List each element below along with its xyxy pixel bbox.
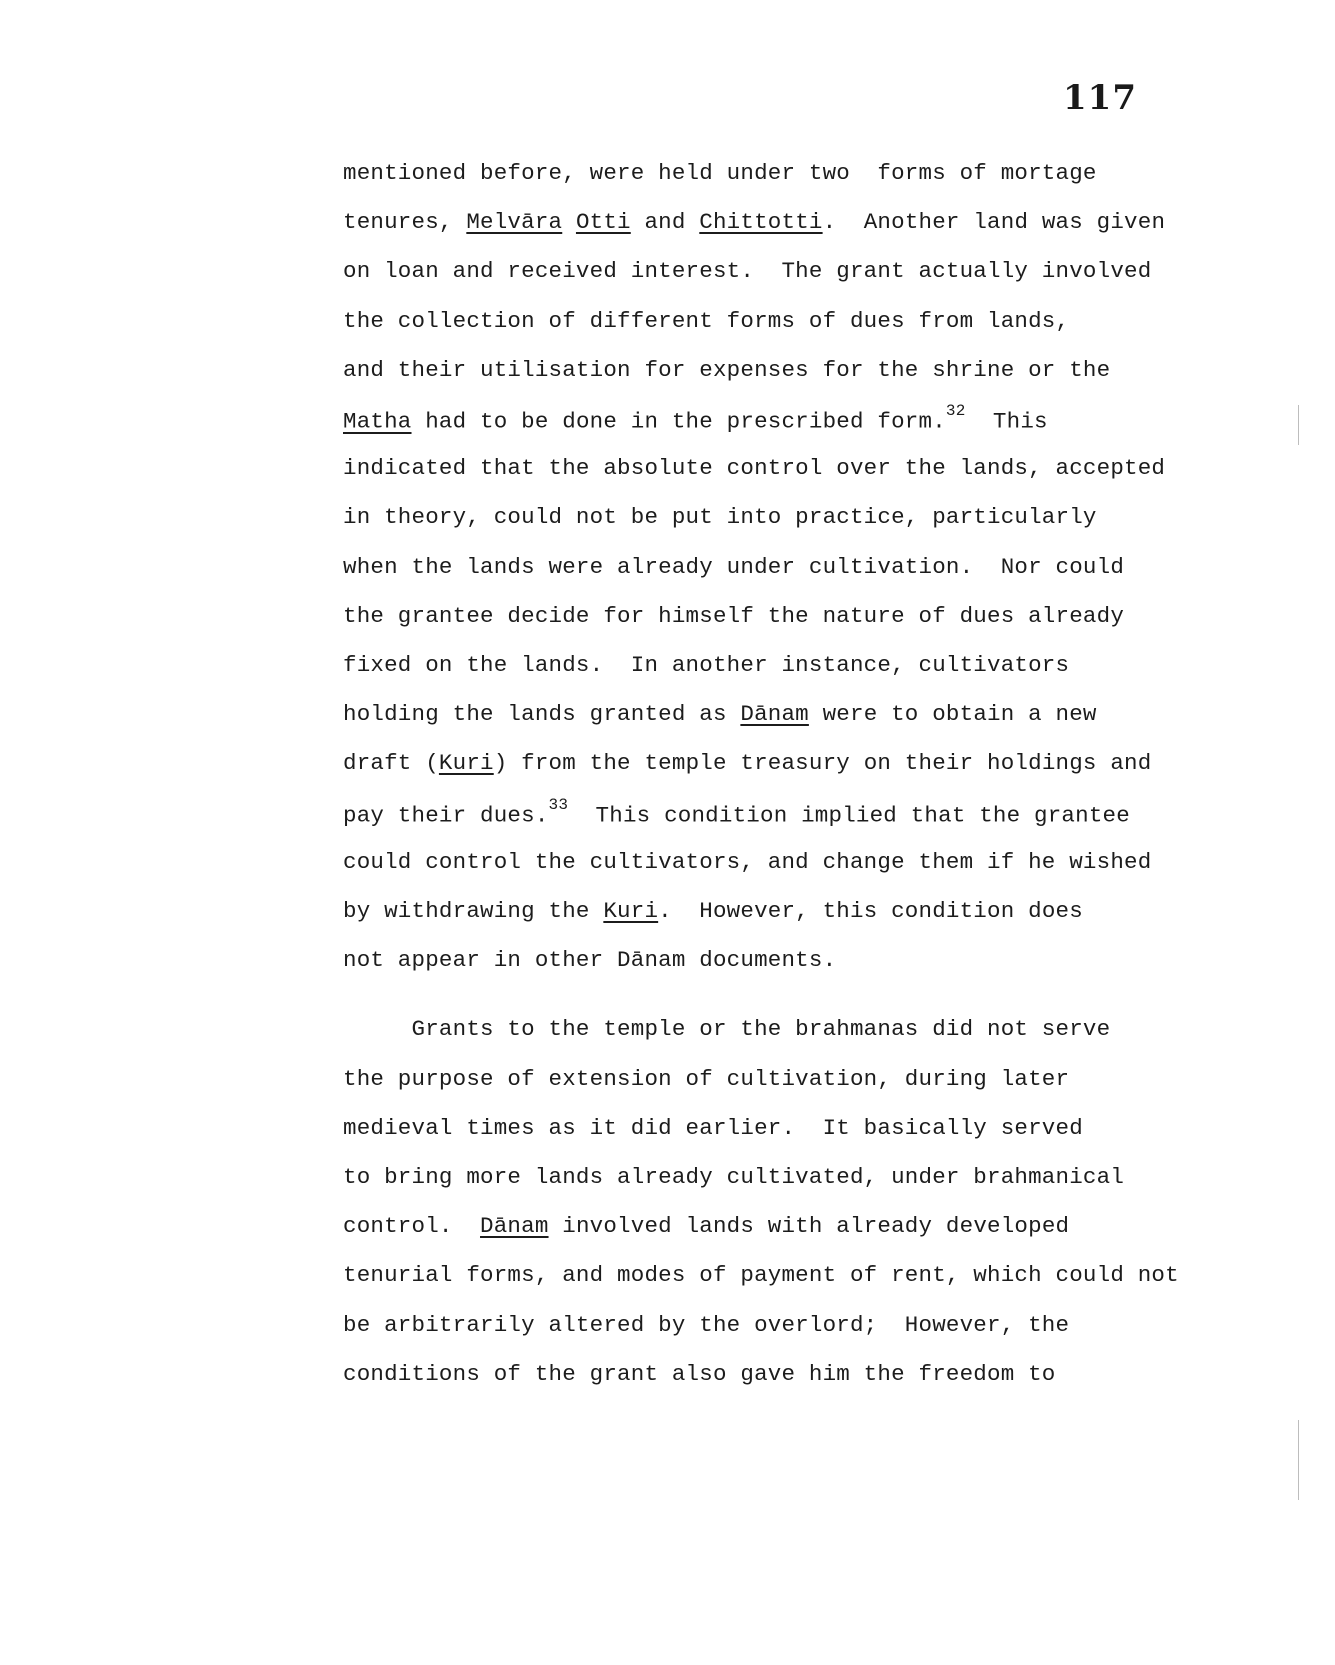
text-run: involved lands with already developed: [549, 1213, 1070, 1239]
text-run: the collection of different forms of due…: [343, 308, 1069, 334]
text-run: draft (: [343, 750, 439, 776]
text-line: control. Dānam involved lands with alrea…: [343, 1213, 1069, 1239]
text-line: holding the lands granted as Dānam were …: [343, 701, 1097, 727]
text-line: the collection of different forms of due…: [343, 308, 1069, 334]
text-run: not appear in other Dānam documents.: [343, 947, 836, 973]
text-line: tenurial forms, and modes of payment of …: [343, 1262, 1179, 1288]
text-line: in theory, could not be put into practic…: [343, 504, 1097, 530]
text-run: indicated that the absolute control over…: [343, 455, 1165, 481]
text-line: the purpose of extension of cultivation,…: [343, 1066, 1069, 1092]
text-run: and: [631, 209, 700, 235]
footnote-ref: 33: [549, 796, 569, 814]
text-run: had to be done in the prescribed form.: [412, 409, 946, 435]
text-run: on loan and received interest. The grant…: [343, 258, 1151, 284]
scan-margin-mark: [1298, 1420, 1299, 1500]
text-run: to bring more lands already cultivated, …: [343, 1164, 1124, 1190]
text-run: . However, this condition does: [658, 898, 1083, 924]
text-line: medieval times as it did earlier. It bas…: [343, 1115, 1083, 1141]
text-run: This: [966, 409, 1048, 435]
text-run: [562, 209, 576, 235]
text-run: mentioned before, were held under two fo…: [343, 160, 1097, 186]
text-run: in theory, could not be put into practic…: [343, 504, 1097, 530]
underlined-term: Otti: [576, 209, 631, 235]
text-line: the grantee decide for himself the natur…: [343, 603, 1124, 629]
underlined-term: Chittotti: [699, 209, 822, 235]
text-line: indicated that the absolute control over…: [343, 455, 1165, 481]
underlined-term: Kuri: [603, 898, 658, 924]
text-line: by withdrawing the Kuri. However, this c…: [343, 898, 1083, 924]
scan-margin-mark: [1298, 405, 1299, 445]
underlined-term: Dānam: [740, 701, 809, 727]
text-run: ) from the temple treasury on their hold…: [494, 750, 1152, 776]
text-line: and their utilisation for expenses for t…: [343, 357, 1110, 383]
text-run: tenures,: [343, 209, 466, 235]
text-line: be arbitrarily altered by the overlord; …: [343, 1312, 1069, 1338]
text-run: pay their dues.: [343, 802, 549, 828]
text-line: on loan and received interest. The grant…: [343, 258, 1151, 284]
page-number: 117: [1063, 78, 1137, 118]
text-line: tenures, Melvāra Otti and Chittotti. Ano…: [343, 209, 1165, 235]
text-run: conditions of the grant also gave him th…: [343, 1361, 1056, 1387]
text-run: the grantee decide for himself the natur…: [343, 603, 1124, 629]
text-line: conditions of the grant also gave him th…: [343, 1361, 1056, 1387]
text-run: and their utilisation for expenses for t…: [343, 357, 1110, 383]
text-run: holding the lands granted as: [343, 701, 740, 727]
underlined-term: Kuri: [439, 750, 494, 776]
text-run: medieval times as it did earlier. It bas…: [343, 1115, 1083, 1141]
text-line: mentioned before, were held under two fo…: [343, 160, 1097, 186]
text-line: not appear in other Dānam documents.: [343, 947, 836, 973]
text-run: by withdrawing the: [343, 898, 603, 924]
text-run: fixed on the lands. In another instance,…: [343, 652, 1069, 678]
text-run: could control the cultivators, and chang…: [343, 849, 1151, 875]
text-run: This condition implied that the grantee: [568, 802, 1130, 828]
text-line: Grants to the temple or the brahmanas di…: [343, 1016, 1110, 1042]
text-run: tenurial forms, and modes of payment of …: [343, 1262, 1179, 1288]
text-run: be arbitrarily altered by the overlord; …: [343, 1312, 1069, 1338]
text-run: the purpose of extension of cultivation,…: [343, 1066, 1069, 1092]
text-run: control.: [343, 1213, 480, 1239]
text-line: when the lands were already under cultiv…: [343, 554, 1124, 580]
text-line: pay their dues.33 This condition implied…: [343, 800, 1130, 829]
text-run: . Another land was given: [823, 209, 1166, 235]
underlined-term: Melvāra: [466, 209, 562, 235]
text-line: Matha had to be done in the prescribed f…: [343, 406, 1048, 435]
underlined-term: Matha: [343, 409, 412, 435]
text-run: Grants to the temple or the brahmanas di…: [343, 1016, 1110, 1042]
text-line: could control the cultivators, and chang…: [343, 849, 1151, 875]
text-line: fixed on the lands. In another instance,…: [343, 652, 1069, 678]
footnote-ref: 32: [946, 402, 966, 420]
underlined-term: Dānam: [480, 1213, 549, 1239]
text-line: to bring more lands already cultivated, …: [343, 1164, 1124, 1190]
text-line: draft (Kuri) from the temple treasury on…: [343, 750, 1151, 776]
text-run: were to obtain a new: [809, 701, 1097, 727]
text-run: when the lands were already under cultiv…: [343, 554, 1124, 580]
